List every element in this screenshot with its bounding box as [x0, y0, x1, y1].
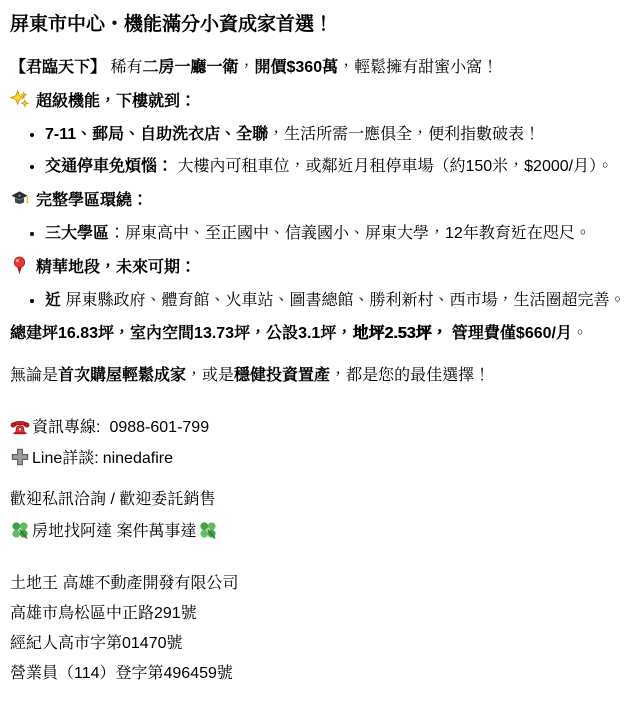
agent-tagline-line: 房地找阿達 案件萬事達: [10, 520, 634, 543]
closing-text-1: 無論是: [10, 367, 58, 384]
graduation-cap-icon: [10, 189, 29, 208]
company-info-block: 土地王 高雄不動產開發有限公司 高雄市鳥松區中正路291號 經紀人高市字第014…: [10, 573, 634, 685]
bullet-parking: 交通停車免煩惱： 大樓內可租車位，或鄰近月租停車場（約150米，$2000/月）…: [45, 156, 634, 178]
bullet-highlight: 7-11、郵局、自助洗衣店、全聯: [45, 126, 268, 143]
company-address: 高雄市鳥松區中正路291號: [10, 603, 634, 625]
closing-text-2: ，或是: [186, 367, 234, 384]
closing-line: 無論是首次購屋輕鬆成家，或是穩健投資置產，都是您的最佳選擇！: [10, 365, 634, 387]
amenities-list: 7-11、郵局、自助洗衣店、全聯，生活所需一應俱全，便利指數破表！ 交通停車免煩…: [10, 124, 634, 178]
heavy-plus-icon: [10, 447, 30, 467]
line-label: Line詳談:: [32, 450, 99, 467]
bullet-highlight: 近: [45, 292, 61, 309]
section-heading-text: 精華地段，未來可期：: [36, 259, 196, 276]
round-pushpin-icon: [10, 256, 29, 275]
price-highlight: 開價$360萬: [255, 59, 339, 76]
section-heading-schools: 完整學區環繞：: [10, 189, 634, 212]
four-leaf-clover-icon: [10, 520, 30, 540]
page: { "doc": { "title": "屏東市中心・機能滿分小資成家首選！",…: [0, 0, 642, 717]
bullet-convenience: 7-11、郵局、自助洗衣店、全聯，生活所需一應俱全，便利指數破表！: [45, 124, 634, 146]
agent-license-number: 營業員（114）登字第496459號: [10, 663, 634, 685]
intro-line: 【君臨天下】 稀有二房一廳一衛，開價$360萬，輕鬆擁有甜蜜小窩！: [10, 57, 634, 79]
section-heading-location: 精華地段，未來可期：: [10, 256, 634, 279]
broker-license-number: 經紀人高市字第01470號: [10, 633, 634, 655]
intro-text-3: ，輕鬆擁有甜蜜小窩！: [338, 59, 498, 76]
investment-highlight: 穩健投資置產: [234, 367, 330, 384]
line-id: ninedafire: [103, 450, 173, 467]
bullet-text: ：屏東高中、至正國中、信義國小、屏東大學，12年教育近在咫尺。: [109, 225, 591, 242]
four-leaf-clover-icon: [198, 520, 218, 540]
bullet-school-districts: 三大學區：屏東高中、至正國中、信義國小、屏東大學，12年教育近在咫尺。: [45, 223, 634, 245]
sparkles-icon: [10, 90, 29, 109]
bullet-text: 屏東縣政府、體育館、火車站、圖書總館、勝利新村、西市場，生活圈超完善。: [61, 292, 625, 309]
specs-period: 。: [572, 325, 588, 342]
layout-highlight: 二房一廳一衛: [142, 59, 238, 76]
section-heading-text: 完整學區環繞：: [36, 192, 148, 209]
phone-label: 資訊專線:: [32, 419, 100, 436]
page-title: 屏東市中心・機能滿分小資成家首選！: [10, 13, 634, 36]
section-heading-text: 超級機能，下樓就到：: [36, 93, 196, 110]
welcome-line: 歡迎私訊洽詢 / 歡迎委託銷售: [10, 489, 634, 511]
land-area-highlight: 地坪2.53坪，: [352, 325, 447, 342]
area-specs-line: 總建坪16.83坪，室內空間13.73坪，公設3.1坪，地坪2.53坪， 管理費…: [10, 323, 634, 345]
telephone-icon: [10, 416, 30, 436]
bullet-text: ，生活所需一應俱全，便利指數破表！: [268, 126, 540, 143]
phone-contact-line: 資訊專線:0988-601-799: [10, 416, 634, 439]
bullet-highlight: 交通停車免煩惱：: [45, 158, 173, 175]
intro-text-2: ，: [238, 59, 254, 76]
closing-text-3: ，都是您的最佳選擇！: [330, 367, 490, 384]
location-list: 近 屏東縣政府、體育館、火車站、圖書總館、勝利新村、西市場，生活圈超完善。: [10, 290, 634, 312]
management-fee: 管理費僅$660/月: [447, 325, 572, 342]
section-heading-amenities: 超級機能，下樓就到：: [10, 90, 634, 113]
listing-description: 屏東市中心・機能滿分小資成家首選！ 【君臨天下】 稀有二房一廳一衛，開價$360…: [0, 0, 642, 685]
line-contact-line: Line詳談:ninedafire: [10, 447, 634, 470]
bullet-highlight: 三大學區: [45, 225, 109, 242]
intro-text-1: 稀有: [106, 59, 142, 76]
phone-number: 0988-601-799: [109, 419, 209, 436]
bullet-landmarks: 近 屏東縣政府、體育館、火車站、圖書總館、勝利新村、西市場，生活圈超完善。: [45, 290, 634, 312]
specs-text: 總建坪16.83坪，室內空間13.73坪，公設3.1坪，: [10, 325, 352, 342]
schools-list: 三大學區：屏東高中、至正國中、信義國小、屏東大學，12年教育近在咫尺。: [10, 223, 634, 245]
agent-tagline: 房地找阿達 案件萬事達: [32, 523, 196, 540]
bullet-text: 大樓內可租車位，或鄰近月租停車場（約150米，$2000/月）。: [173, 158, 613, 175]
first-home-highlight: 首次購屋輕鬆成家: [58, 367, 186, 384]
building-name: 【君臨天下】: [10, 59, 106, 76]
company-name: 土地王 高雄不動產開發有限公司: [10, 573, 634, 595]
